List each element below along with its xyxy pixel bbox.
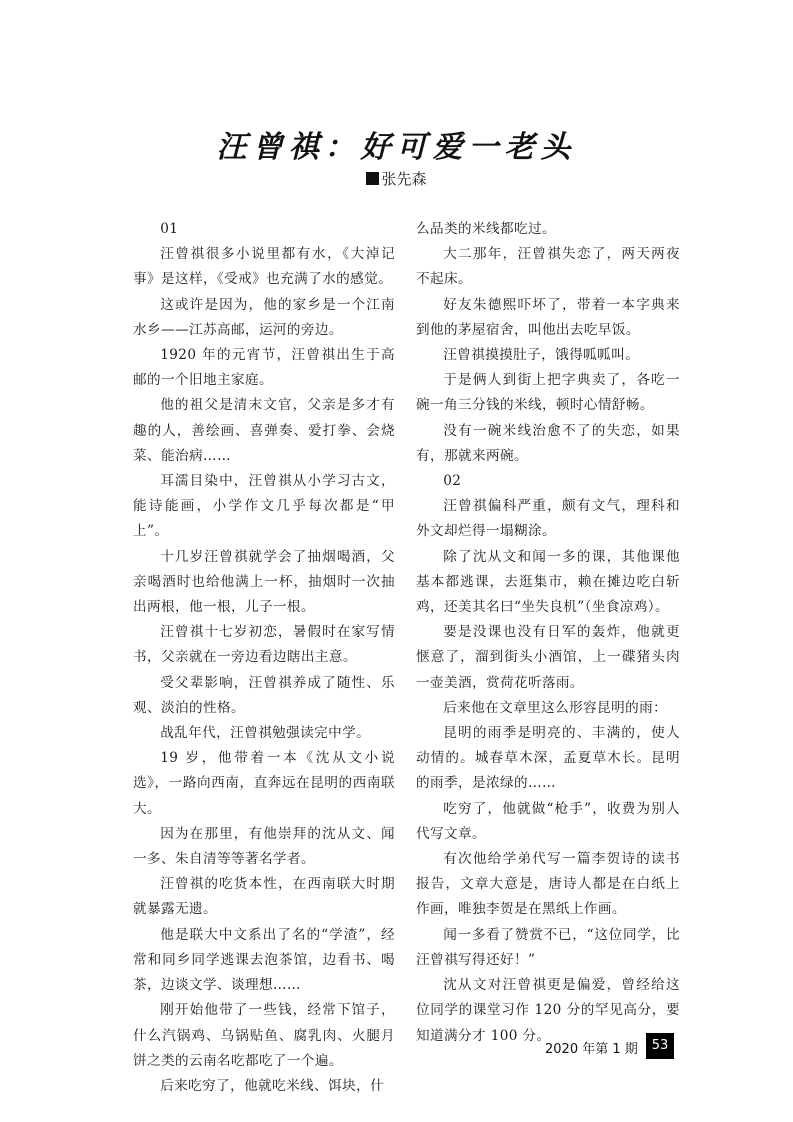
issue-label: 2020 年第 1 期: [545, 1038, 638, 1057]
paragraph: 后来吃穷了，他就吃米线、饵块，什: [133, 1074, 395, 1099]
paragraph: 除了沈从文和闻一多的课，其他课他基本都逃课，去逛集市，赖在摊边吃白斩鸡，还美其名…: [416, 545, 680, 621]
paragraph: 十几岁汪曾祺就学会了抽烟喝酒，父亲喝酒时也给他满上一杯，抽烟时一次抽出两根，他一…: [133, 545, 395, 621]
paragraph-continued: 么品类的米线都吃过。: [416, 217, 680, 242]
page-number: 53: [646, 1033, 674, 1059]
byline-marker-icon: [366, 172, 379, 185]
paragraph: 汪曾祺偏科严重，颇有文气，理科和外文却烂得一塌糊涂。: [416, 494, 680, 544]
author-name: 张先森: [381, 170, 426, 188]
byline: 张先森: [0, 168, 793, 189]
paragraph: 战乱年代，汪曾祺勉强读完中学。: [133, 721, 395, 746]
paragraph: 汪曾祺摸摸肚子，饿得呱呱叫。: [416, 343, 680, 368]
paragraph: 大二那年，汪曾祺失恋了，两天两夜不起床。: [416, 242, 680, 292]
paragraph: 要是没课也没有日军的轰炸，他就更惬意了，溜到街头小酒馆，上一碟猪头肉一壶美酒，赏…: [416, 620, 680, 696]
paragraph: 没有一碗米线治愈不了的失恋，如果有，那就来两碗。: [416, 419, 680, 469]
article-title: 汪曾祺：好可爱一老头: [0, 122, 793, 166]
paragraph: 于是俩人到街上把字典卖了，各吃一碗一角三分钱的米线，顿时心情舒畅。: [416, 368, 680, 418]
paragraph: 汪曾祺很多小说里都有水，《大淖记事》是这样，《受戒》也充满了水的感觉。: [133, 242, 395, 292]
section-number: 02: [416, 469, 680, 494]
paragraph: 因为在那里，有他崇拜的沈从文、闻一多、朱自清等等著名学者。: [133, 822, 395, 872]
right-column: 么品类的米线都吃过。 大二那年，汪曾祺失恋了，两天两夜不起床。 好友朱德熙吓坏了…: [416, 217, 680, 1049]
section-number: 01: [133, 217, 395, 242]
paragraph: 耳濡目染中，汪曾祺从小学习古文，能诗能画，小学作文几乎每次都是“甲上”。: [133, 469, 395, 545]
paragraph: 1920 年的元宵节，汪曾祺出生于高邮的一个旧地主家庭。: [133, 343, 395, 393]
paragraph: 受父辈影响，汪曾祺养成了随性、乐观、淡泊的性格。: [133, 671, 395, 721]
paragraph: 汪曾祺的吃货本性，在西南联大时期就暴露无遗。: [133, 872, 395, 922]
left-column: 01 汪曾祺很多小说里都有水，《大淖记事》是这样，《受戒》也充满了水的感觉。 这…: [133, 217, 395, 1099]
paragraph: 19 岁，他带着一本《沈从文小说选》，一路向西南，直奔远在昆明的西南联大。: [133, 746, 395, 822]
paragraph: 有次他给学弟代写一篇李贺诗的读书报告，文章大意是，唐诗人都是在白纸上作画，唯独李…: [416, 847, 680, 923]
paragraph: 好友朱德熙吓坏了，带着一本字典来到他的茅屋宿舍，叫他出去吃早饭。: [416, 293, 680, 343]
paragraph: 他是联大中文系出了名的“学渣”，经常和同乡同学逃课去泡茶馆，边看书、喝茶，边谈文…: [133, 923, 395, 999]
paragraph: 这或许是因为，他的家乡是一个江南水乡——江苏高邮，运河的旁边。: [133, 293, 395, 343]
paragraph: 汪曾祺十七岁初恋，暑假时在家写情书，父亲就在一旁边看边瞎出主意。: [133, 620, 395, 670]
paragraph: 闻一多看了赞赏不已，“这位同学，比汪曾祺写得还好！”: [416, 923, 680, 973]
paragraph: 吃穷了，他就做“枪手”，收费为别人代写文章。: [416, 797, 680, 847]
paragraph: 后来他在文章里这么形容昆明的雨：: [416, 696, 680, 721]
paragraph: 昆明的雨季是明亮的、丰满的，使人动情的。城春草木深，孟夏草木长。昆明的雨季，是浓…: [416, 721, 680, 797]
paragraph: 刚开始他带了一些钱，经常下馆子，什么汽锅鸡、乌锅贴鱼、腐乳肉、火腿月饼之类的云南…: [133, 998, 395, 1074]
paragraph: 他的祖父是清末文官，父亲是多才有趣的人，善绘画、喜弹奏、爱打拳、会烧菜、能治病……: [133, 393, 395, 469]
